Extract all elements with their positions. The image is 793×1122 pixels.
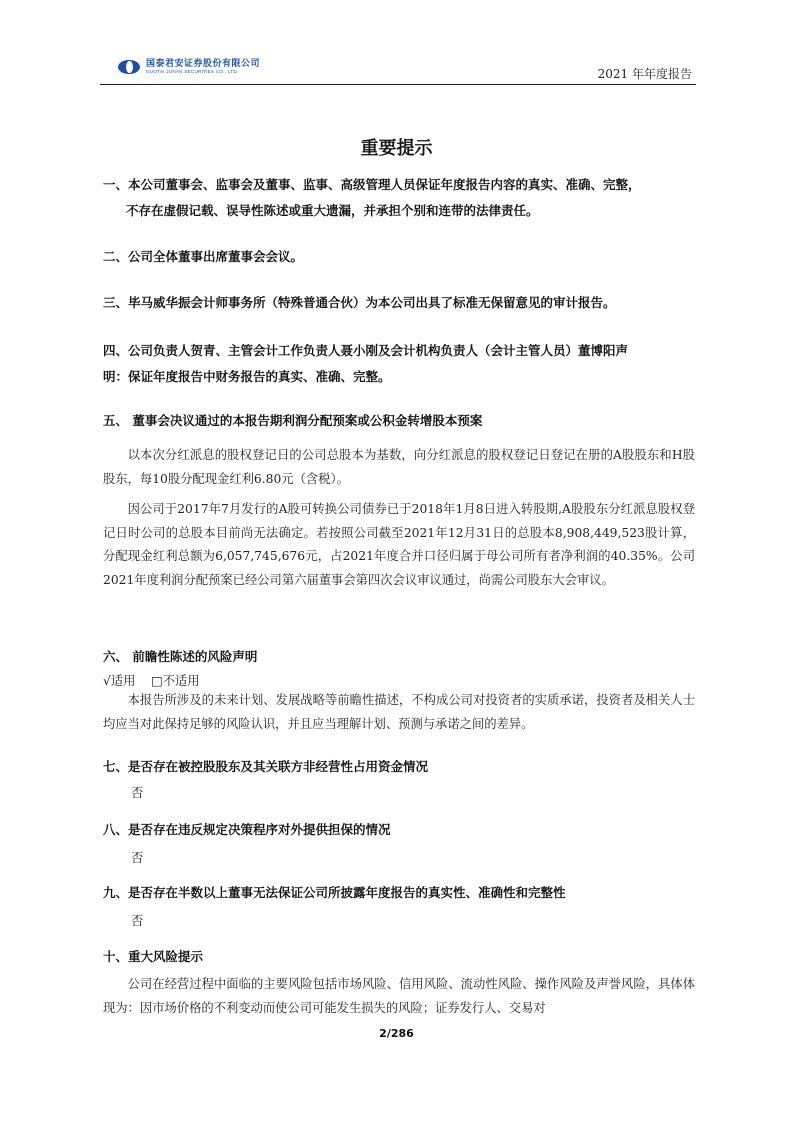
- section-1-heading: 一、本公司董事会、监事会及董事、监事、高级管理人员保证年度报告内容的真实、准确、…: [103, 172, 703, 198]
- section-10-paragraph: 公司在经营过程中面临的主要风险包括市场风险、信用风险、流动性风险、操作风险及声誉…: [103, 973, 695, 1020]
- company-name-cn: 国泰君安证券股份有限公司: [146, 60, 260, 69]
- not-applicable-option: □不适用: [151, 674, 200, 688]
- section-4-heading: 四、公司负责人贺青、主管会计工作负责人聂小刚及会计机构负责人（会计主管人员）董博…: [103, 338, 703, 364]
- report-title: 2021 年年度报告: [598, 65, 692, 82]
- section-8-heading: 八、是否存在违反规定决策程序对外提供担保的情况: [103, 817, 703, 843]
- section-9-heading: 九、是否存在半数以上董事无法保证公司所披露年度报告的真实性、准确性和完整性: [103, 880, 703, 906]
- section-3-heading: 三、毕马威华振会计师事务所（特殊普通合伙）为本公司出具了标准无保留意见的审计报告…: [103, 290, 703, 316]
- document-title: 重要提示: [0, 134, 793, 160]
- logo-icon: [118, 60, 140, 74]
- page-header: 国泰君安证券股份有限公司 GUOTAI JUNAN SECURITIES CO.…: [100, 56, 696, 85]
- section-9-answer: 否: [131, 911, 143, 929]
- page-number: 2/286: [0, 1027, 793, 1040]
- section-7-heading: 七、是否存在被控股股东及其关联方非经营性占用资金情况: [103, 754, 703, 780]
- section-5-paragraph-2: 因公司于2017年7月发行的A股可转换公司债券已于2018年1月8日进入转股期,…: [103, 498, 695, 592]
- section-1-heading-cont: 不存在虚假记载、误导性陈述或重大遗漏，并承担个别和连带的法律责任。: [126, 198, 726, 224]
- applicable-option: √适用: [103, 674, 135, 688]
- section-7-answer: 否: [131, 783, 143, 801]
- section-10-heading: 十、重大风险提示: [103, 944, 703, 970]
- company-logo: 国泰君安证券股份有限公司 GUOTAI JUNAN SECURITIES CO.…: [118, 60, 260, 75]
- section-5-heading: 五、 董事会决议通过的本报告期利润分配预案或公积金转增股本预案: [103, 408, 703, 434]
- section-6-heading: 六、 前瞻性陈述的风险声明: [103, 644, 703, 670]
- section-2-heading: 二、公司全体董事出席董事会会议。: [103, 244, 703, 270]
- section-4-heading-cont: 明：保证年度报告中财务报告的真实、准确、完整。: [103, 364, 703, 390]
- section-8-answer: 否: [131, 848, 143, 866]
- company-name-en: GUOTAI JUNAN SECURITIES CO., LTD.: [146, 70, 260, 75]
- section-5-paragraph-1: 以本次分红派息的股权登记日的公司总股本为基数，向分红派息的股权登记日登记在册的A…: [103, 444, 695, 491]
- section-6-paragraph: 本报告所涉及的未来计划、发展战略等前瞻性描述，不构成公司对投资者的实质承诺，投资…: [103, 689, 695, 736]
